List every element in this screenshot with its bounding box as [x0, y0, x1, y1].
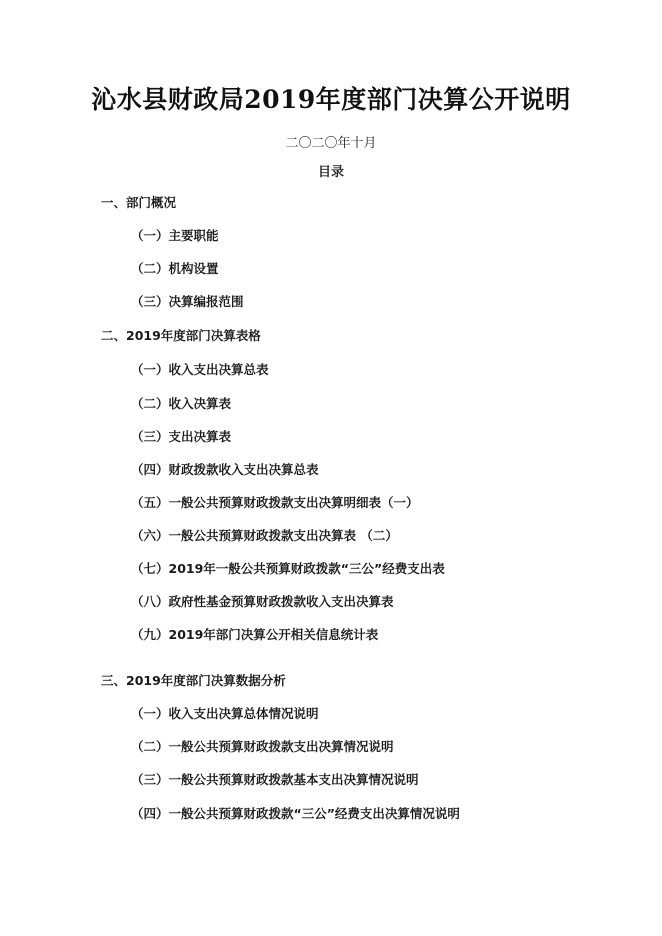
- toc-subsection-item: （六）一般公共预算财政拨款支出决算表 （二）: [131, 528, 398, 544]
- toc-section-heading: 二、2019年度部门决算表格: [101, 328, 261, 344]
- toc-subsection-item: （三）一般公共预算财政拨款基本支出决算情况说明: [131, 772, 419, 788]
- toc-subsection-item: （七）2019年一般公共预算财政拨款“三公”经费支出表: [131, 561, 445, 577]
- toc-subsection-item: （二）机构设置: [131, 261, 219, 277]
- toc-subsection-item: （二）收入决算表: [131, 396, 231, 412]
- toc-subsection-item: （一）收入支出决算总表: [131, 362, 269, 378]
- toc-subsection-item: （八）政府性基金预算财政拨款收入支出决算表: [131, 594, 394, 610]
- toc-subsection-item: （五）一般公共预算财政拨款支出决算明细表（一）: [131, 495, 419, 511]
- toc-section-heading: 三、2019年度部门决算数据分析: [101, 673, 286, 689]
- toc-subsection-item: （四）财政拨款收入支出决算总表: [131, 462, 319, 478]
- toc-subsection-item: （二）一般公共预算财政拨款支出决算情况说明: [131, 739, 394, 755]
- document-title: 沁水县财政局2019年度部门决算公开说明: [0, 80, 662, 116]
- toc-subsection-item: （一）收入支出决算总体情况说明: [131, 706, 319, 722]
- toc-subsection-item: （一）主要职能: [131, 228, 219, 244]
- document-date: 二〇二〇年十月: [0, 132, 662, 151]
- toc-subsection-item: （九）2019年部门决算公开相关信息统计表: [131, 627, 378, 643]
- document-page: 沁水县财政局2019年度部门决算公开说明 二〇二〇年十月 目录 一、部门概况（一…: [0, 0, 662, 936]
- toc-subsection-item: （三）决算编报范围: [131, 294, 244, 310]
- toc-heading: 目录: [0, 161, 662, 180]
- toc-section-heading: 一、部门概况: [101, 195, 176, 211]
- toc-subsection-item: （三）支出决算表: [131, 429, 231, 445]
- toc-subsection-item: （四）一般公共预算财政拨款“三公”经费支出决算情况说明: [131, 806, 460, 822]
